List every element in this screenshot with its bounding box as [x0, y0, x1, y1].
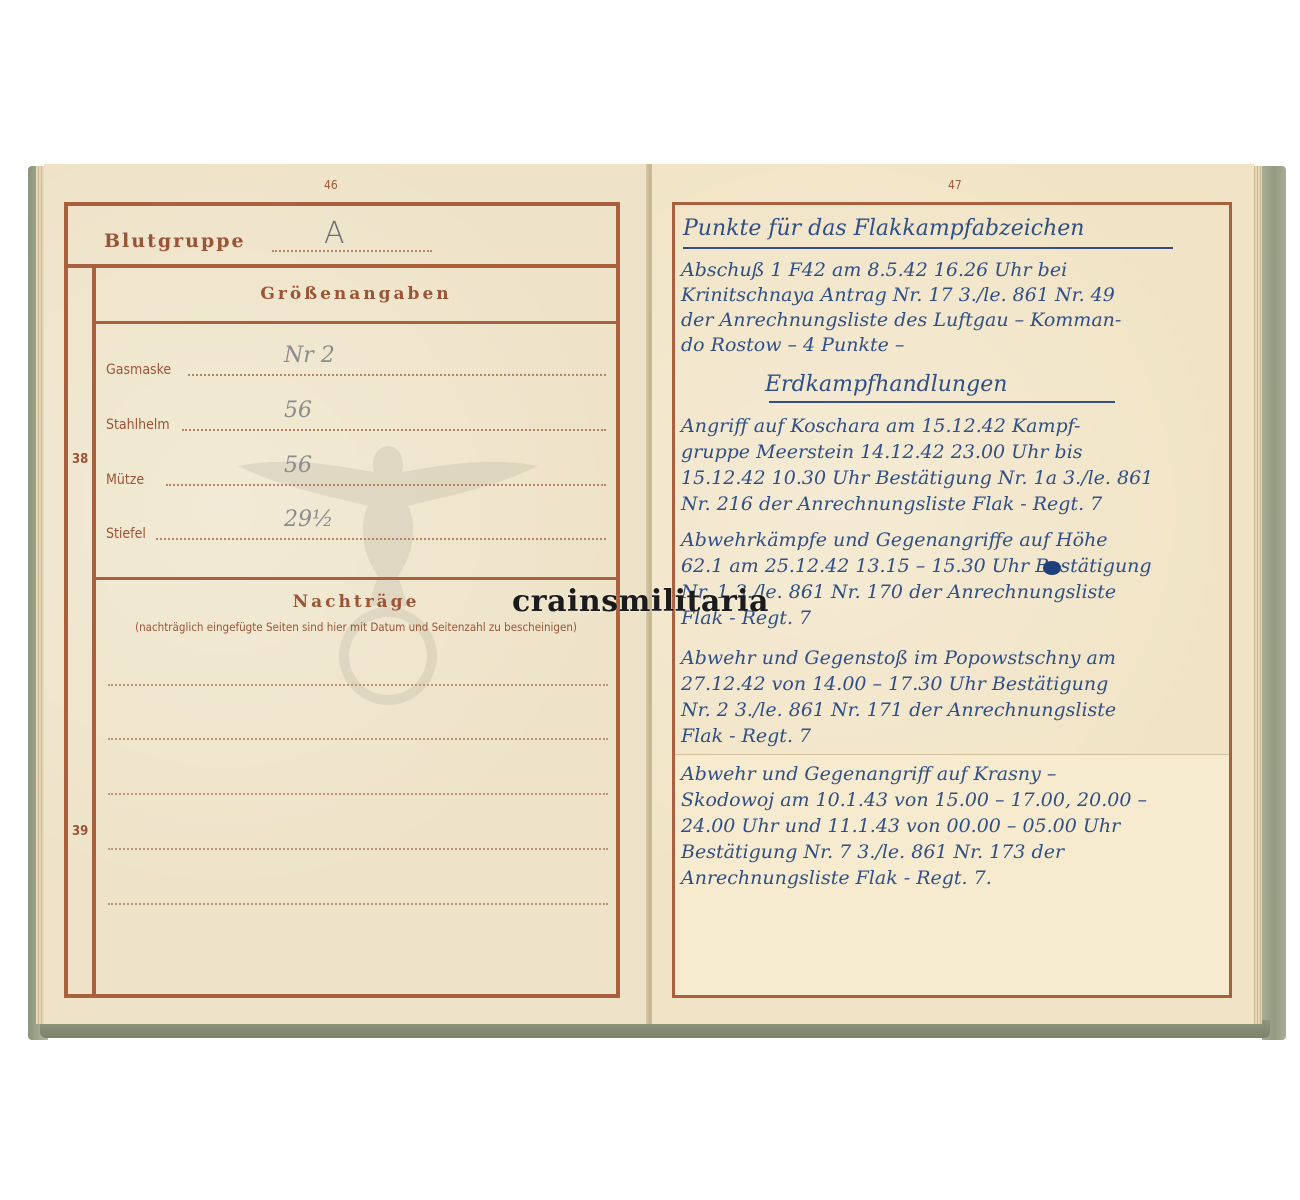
size-label: Stahlhelm	[106, 417, 170, 433]
dotted-line	[182, 429, 606, 431]
nachtraege-subtitle: (nachträglich eingefügte Seiten sind hie…	[96, 620, 616, 634]
size-label: Mütze	[106, 472, 144, 488]
section-number: 39	[72, 824, 88, 839]
dotted-line	[108, 793, 608, 795]
pasted-paper-slip: Abwehr und Gegenangriff auf Krasny – Sko…	[675, 755, 1229, 995]
handwritten-line: Nr. 2 3./le. 861 Nr. 171 der Anrechnungs…	[681, 697, 1116, 724]
section-number: 38	[72, 452, 88, 467]
page-number: 47	[948, 178, 962, 192]
groessenangaben-title: Größenangaben	[260, 284, 451, 304]
size-row-gasmaske: Gasmaske Nr 2	[106, 342, 606, 382]
section-number-column: 38 39	[68, 268, 96, 994]
handwritten-line: Bestätigung Nr. 7 3./le. 861 Nr. 173 der	[681, 839, 1064, 866]
handwritten-line: 27.12.42 von 14.00 – 17.30 Uhr Bestätigu…	[681, 671, 1108, 698]
subheading-underline	[769, 401, 1115, 403]
handwritten-line: Abschuß 1 F42 am 8.5.42 16.26 Uhr bei	[681, 257, 1067, 284]
handwritten-subheading: Erdkampfhandlungen	[765, 371, 1007, 398]
dotted-line	[108, 684, 608, 686]
size-label: Stiefel	[106, 526, 146, 542]
dotted-line	[188, 374, 606, 376]
book-cover-right	[1262, 166, 1286, 1040]
handwritten-line: Abwehrkämpfe und Gegenangriffe auf Höhe	[681, 527, 1108, 554]
handwritten-line: Abwehr und Gegenstoß im Popowstschny am	[681, 645, 1116, 672]
size-section: Gasmaske Nr 2 Stahlhelm 56 Mütze 56 Stie…	[96, 324, 616, 580]
size-row-muetze: Mütze 56	[106, 452, 606, 492]
blutgruppe-row: Blutgruppe A	[68, 206, 616, 268]
dotted-line	[108, 848, 608, 850]
dotted-line	[166, 484, 606, 486]
size-value: 56	[284, 453, 312, 478]
size-row-stiefel: Stiefel 29½	[106, 506, 606, 546]
handwritten-line: Krinitschnaya Antrag Nr. 17 3./le. 861 N…	[681, 282, 1115, 309]
size-label: Gasmaske	[106, 362, 171, 378]
handwritten-line: do Rostow – 4 Punkte –	[681, 332, 904, 359]
size-row-stahlhelm: Stahlhelm 56	[106, 397, 606, 437]
handwritten-line: Skodowoj am 10.1.43 von 15.00 – 17.00, 2…	[681, 787, 1147, 814]
nachtraege-section: Nachträge (nachträglich eingefügte Seite…	[96, 580, 616, 994]
handwritten-line: Nr. 216 der Anrechnungsliste Flak - Regt…	[681, 491, 1102, 518]
groessenangaben-header: Größenangaben	[96, 268, 616, 324]
handwritten-line: Abwehr und Gegenangriff auf Krasny –	[681, 761, 1056, 788]
watermark: crainsmilitaria	[512, 584, 769, 619]
handwritten-heading: Punkte für das Flakkampfabzeichen	[683, 215, 1084, 242]
size-value: 29½	[284, 507, 333, 532]
handwritten-line: Angriff auf Kosсhara am 15.12.42 Kampf-	[681, 413, 1080, 440]
handwritten-line: 24.00 Uhr und 11.1.43 von 00.00 – 05.00 …	[681, 813, 1120, 840]
handwritten-line: 62.1 am 25.12.42 13.15 – 15.30 Uhr Bestä…	[681, 553, 1152, 580]
blutgruppe-value: A	[324, 216, 345, 251]
handwritten-line: Anrechnungsliste Flak - Regt. 7.	[681, 865, 992, 892]
size-value: 56	[284, 398, 312, 423]
handwritten-line: Flak - Regt. 7	[681, 723, 811, 750]
handwritten-line: gruppe Meerstein 14.12.42 23.00 Uhr bis	[681, 439, 1083, 466]
ink-blot	[1043, 561, 1061, 575]
page-number: 46	[324, 178, 338, 192]
dotted-line	[108, 738, 608, 740]
handwritten-line: der Anrechnungsliste des Luftgau – Komma…	[681, 307, 1121, 334]
dotted-line	[272, 250, 432, 252]
blutgruppe-label: Blutgruppe	[104, 230, 246, 252]
handwritten-line: 15.12.42 10.30 Uhr Bestätigung Nr. 1a 3.…	[681, 465, 1153, 492]
dotted-line	[156, 538, 606, 540]
heading-underline	[683, 247, 1173, 249]
size-value: Nr 2	[284, 343, 335, 368]
dotted-line	[108, 903, 608, 905]
